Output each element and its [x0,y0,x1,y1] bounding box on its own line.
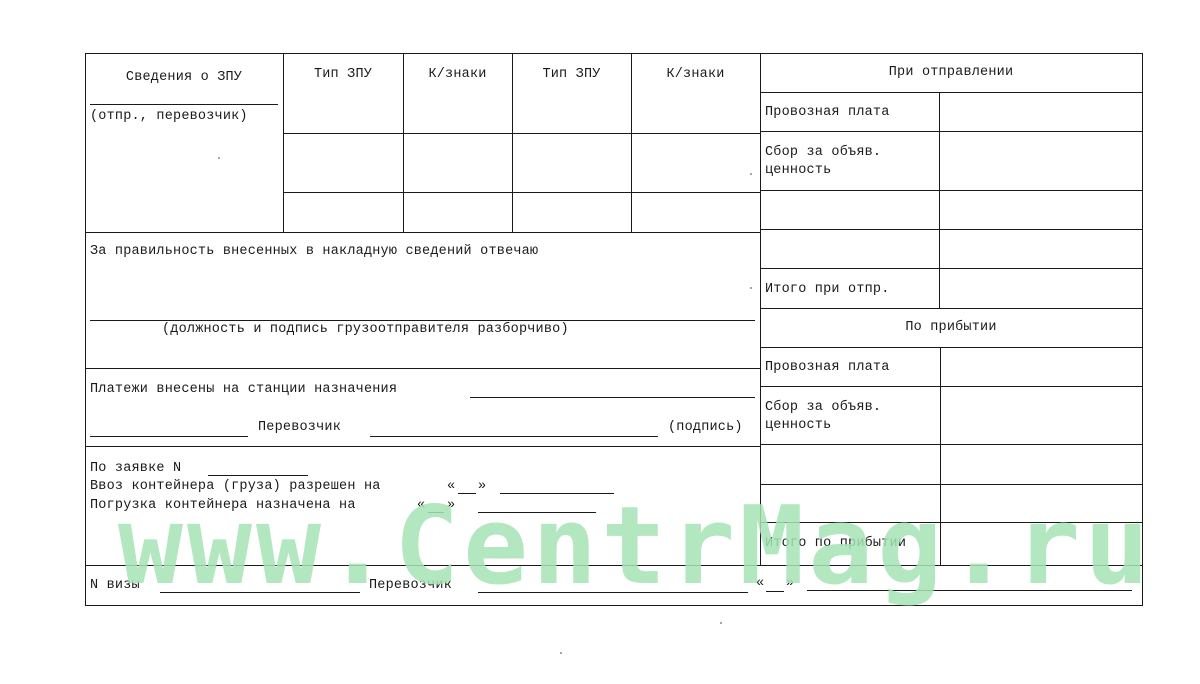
departure-row-line-1 [760,131,1143,132]
payments-signature-label: (подпись) [668,419,743,437]
arrival-extra-label-2[interactable] [762,486,939,521]
departure-row-line-3 [760,229,1143,230]
arrival-freight-value[interactable] [942,349,1141,385]
visa-carrier-field[interactable] [478,592,748,593]
import-month-field[interactable] [500,493,614,494]
departure-valuation-label-line1: Сбор за объяв. [765,144,881,162]
zpu-col-header-marks-2: К/знаки [631,66,760,84]
visa-day-field[interactable] [766,591,784,592]
outer-border-bottom [85,605,1143,606]
zpu-info-underline [90,104,278,105]
departure-extra-label-2[interactable] [762,231,938,267]
request-block-bottom [85,565,1143,566]
import-date-close-quote: » [478,478,486,496]
visa-date-field[interactable] [807,590,1132,591]
zpu-table-bottom [85,232,760,233]
departure-extra-value-2[interactable] [941,231,1141,267]
arrival-title: По прибытии [760,319,1142,337]
zpu-row-line-1 [283,133,760,134]
arrival-valuation-label-line2: ценность [765,417,831,435]
zpu-info-title: Сведения о ЗПУ [85,69,283,87]
payments-carrier-field[interactable] [370,436,658,437]
zpu-info-field[interactable] [87,128,281,230]
departure-section-bottom [760,308,1143,309]
loading-day-field[interactable] [428,512,444,513]
arrival-value-divider [940,347,941,565]
zpu-type-2-row-3[interactable] [514,194,629,231]
import-day-field[interactable] [458,493,476,494]
zpu-col-header-type-2: Тип ЗПУ [512,66,631,84]
arrival-valuation-value[interactable] [942,388,1141,443]
zpu-type-2-row-2[interactable] [514,135,629,191]
arrival-row-line-4 [760,522,1143,523]
arrival-valuation-label-line1: Сбор за объяв. [765,399,881,417]
shipper-signature-caption: (должность и подпись грузоотправителя ра… [162,321,569,339]
scan-speck [218,157,220,159]
departure-freight-label: Провозная плата [765,104,890,122]
zpu-marks-1-row-3[interactable] [405,194,510,231]
payments-left-blank-field[interactable] [90,436,248,437]
departure-total-label: Итого при отпр. [765,281,890,299]
departure-extra-value-1[interactable] [941,192,1141,228]
shipper-block-bottom [85,368,760,369]
scan-speck [560,652,562,654]
left-right-divider [760,53,761,565]
zpu-type-2-row-1[interactable] [514,86,629,132]
zpu-col-header-type-1: Тип ЗПУ [283,66,403,84]
zpu-marks-2-row-1[interactable] [633,86,758,132]
outer-border-top [85,53,1143,54]
outer-border-left [85,53,86,605]
departure-title-bottom [760,92,1143,93]
arrival-total-label: Итого по прибытии [765,535,906,553]
scan-speck [750,173,752,175]
zpu-marks-1-row-1[interactable] [405,86,510,132]
waybill-form: Сведения о ЗПУ (отпр., перевозчик) Тип З… [0,0,1200,684]
loading-month-field[interactable] [478,512,596,513]
arrival-extra-value-1[interactable] [942,446,1141,483]
visa-number-field[interactable] [160,592,360,593]
visa-carrier-label: Перевозчик [369,577,452,595]
arrival-freight-label: Провозная плата [765,359,890,377]
zpu-marks-2-row-2[interactable] [633,135,758,191]
zpu-type-1-row-3[interactable] [285,194,401,231]
departure-title: При отправлении [760,64,1142,82]
departure-valuation-value[interactable] [941,133,1141,189]
arrival-row-line-2 [760,444,1143,445]
zpu-col-header-marks-1: К/знаки [403,66,512,84]
zpu-type-1-row-2[interactable] [285,135,401,191]
arrival-extra-value-2[interactable] [942,486,1141,521]
zpu-info-subtitle: (отпр., перевозчик) [90,108,248,126]
import-label: Ввоз контейнера (груза) разрешен на [90,478,381,496]
arrival-total-value[interactable] [942,524,1141,564]
zpu-marks-1-row-2[interactable] [405,135,510,191]
departure-freight-value[interactable] [941,94,1141,130]
departure-extra-label-1[interactable] [762,192,938,228]
request-label: По заявке N [90,460,181,478]
responsibility-text: За правильность внесенных в накладную св… [90,243,538,261]
arrival-title-bottom [760,347,1143,348]
request-number-field[interactable] [208,475,308,476]
loading-date-close-quote: » [447,497,455,515]
payments-block-bottom [85,446,760,447]
scan-speck [720,622,722,624]
departure-total-value[interactable] [941,270,1141,307]
payments-label: Платежи внесены на станции назначения [90,381,397,399]
arrival-row-line-1 [760,386,1143,387]
arrival-row-line-3 [760,484,1143,485]
departure-row-line-4 [760,268,1143,269]
loading-date-open-quote: « [417,497,425,515]
shipper-signature-field[interactable] [90,265,755,317]
zpu-row-line-2 [283,192,760,193]
arrival-extra-label-1[interactable] [762,446,939,483]
payments-carrier-label: Перевозчик [258,419,341,437]
visa-date-close-quote: » [786,575,794,593]
visa-date-open-quote: « [756,575,764,593]
payments-station-field[interactable] [470,397,755,398]
import-date-open-quote: « [447,478,455,496]
departure-valuation-label-line2: ценность [765,162,831,180]
departure-value-divider [939,92,940,308]
zpu-type-1-row-1[interactable] [285,86,401,132]
scan-speck [750,287,752,289]
departure-row-line-2 [760,190,1143,191]
zpu-marks-2-row-3[interactable] [633,194,758,231]
visa-label: N визы [90,577,140,595]
loading-label: Погрузка контейнера назначена на [90,497,356,515]
